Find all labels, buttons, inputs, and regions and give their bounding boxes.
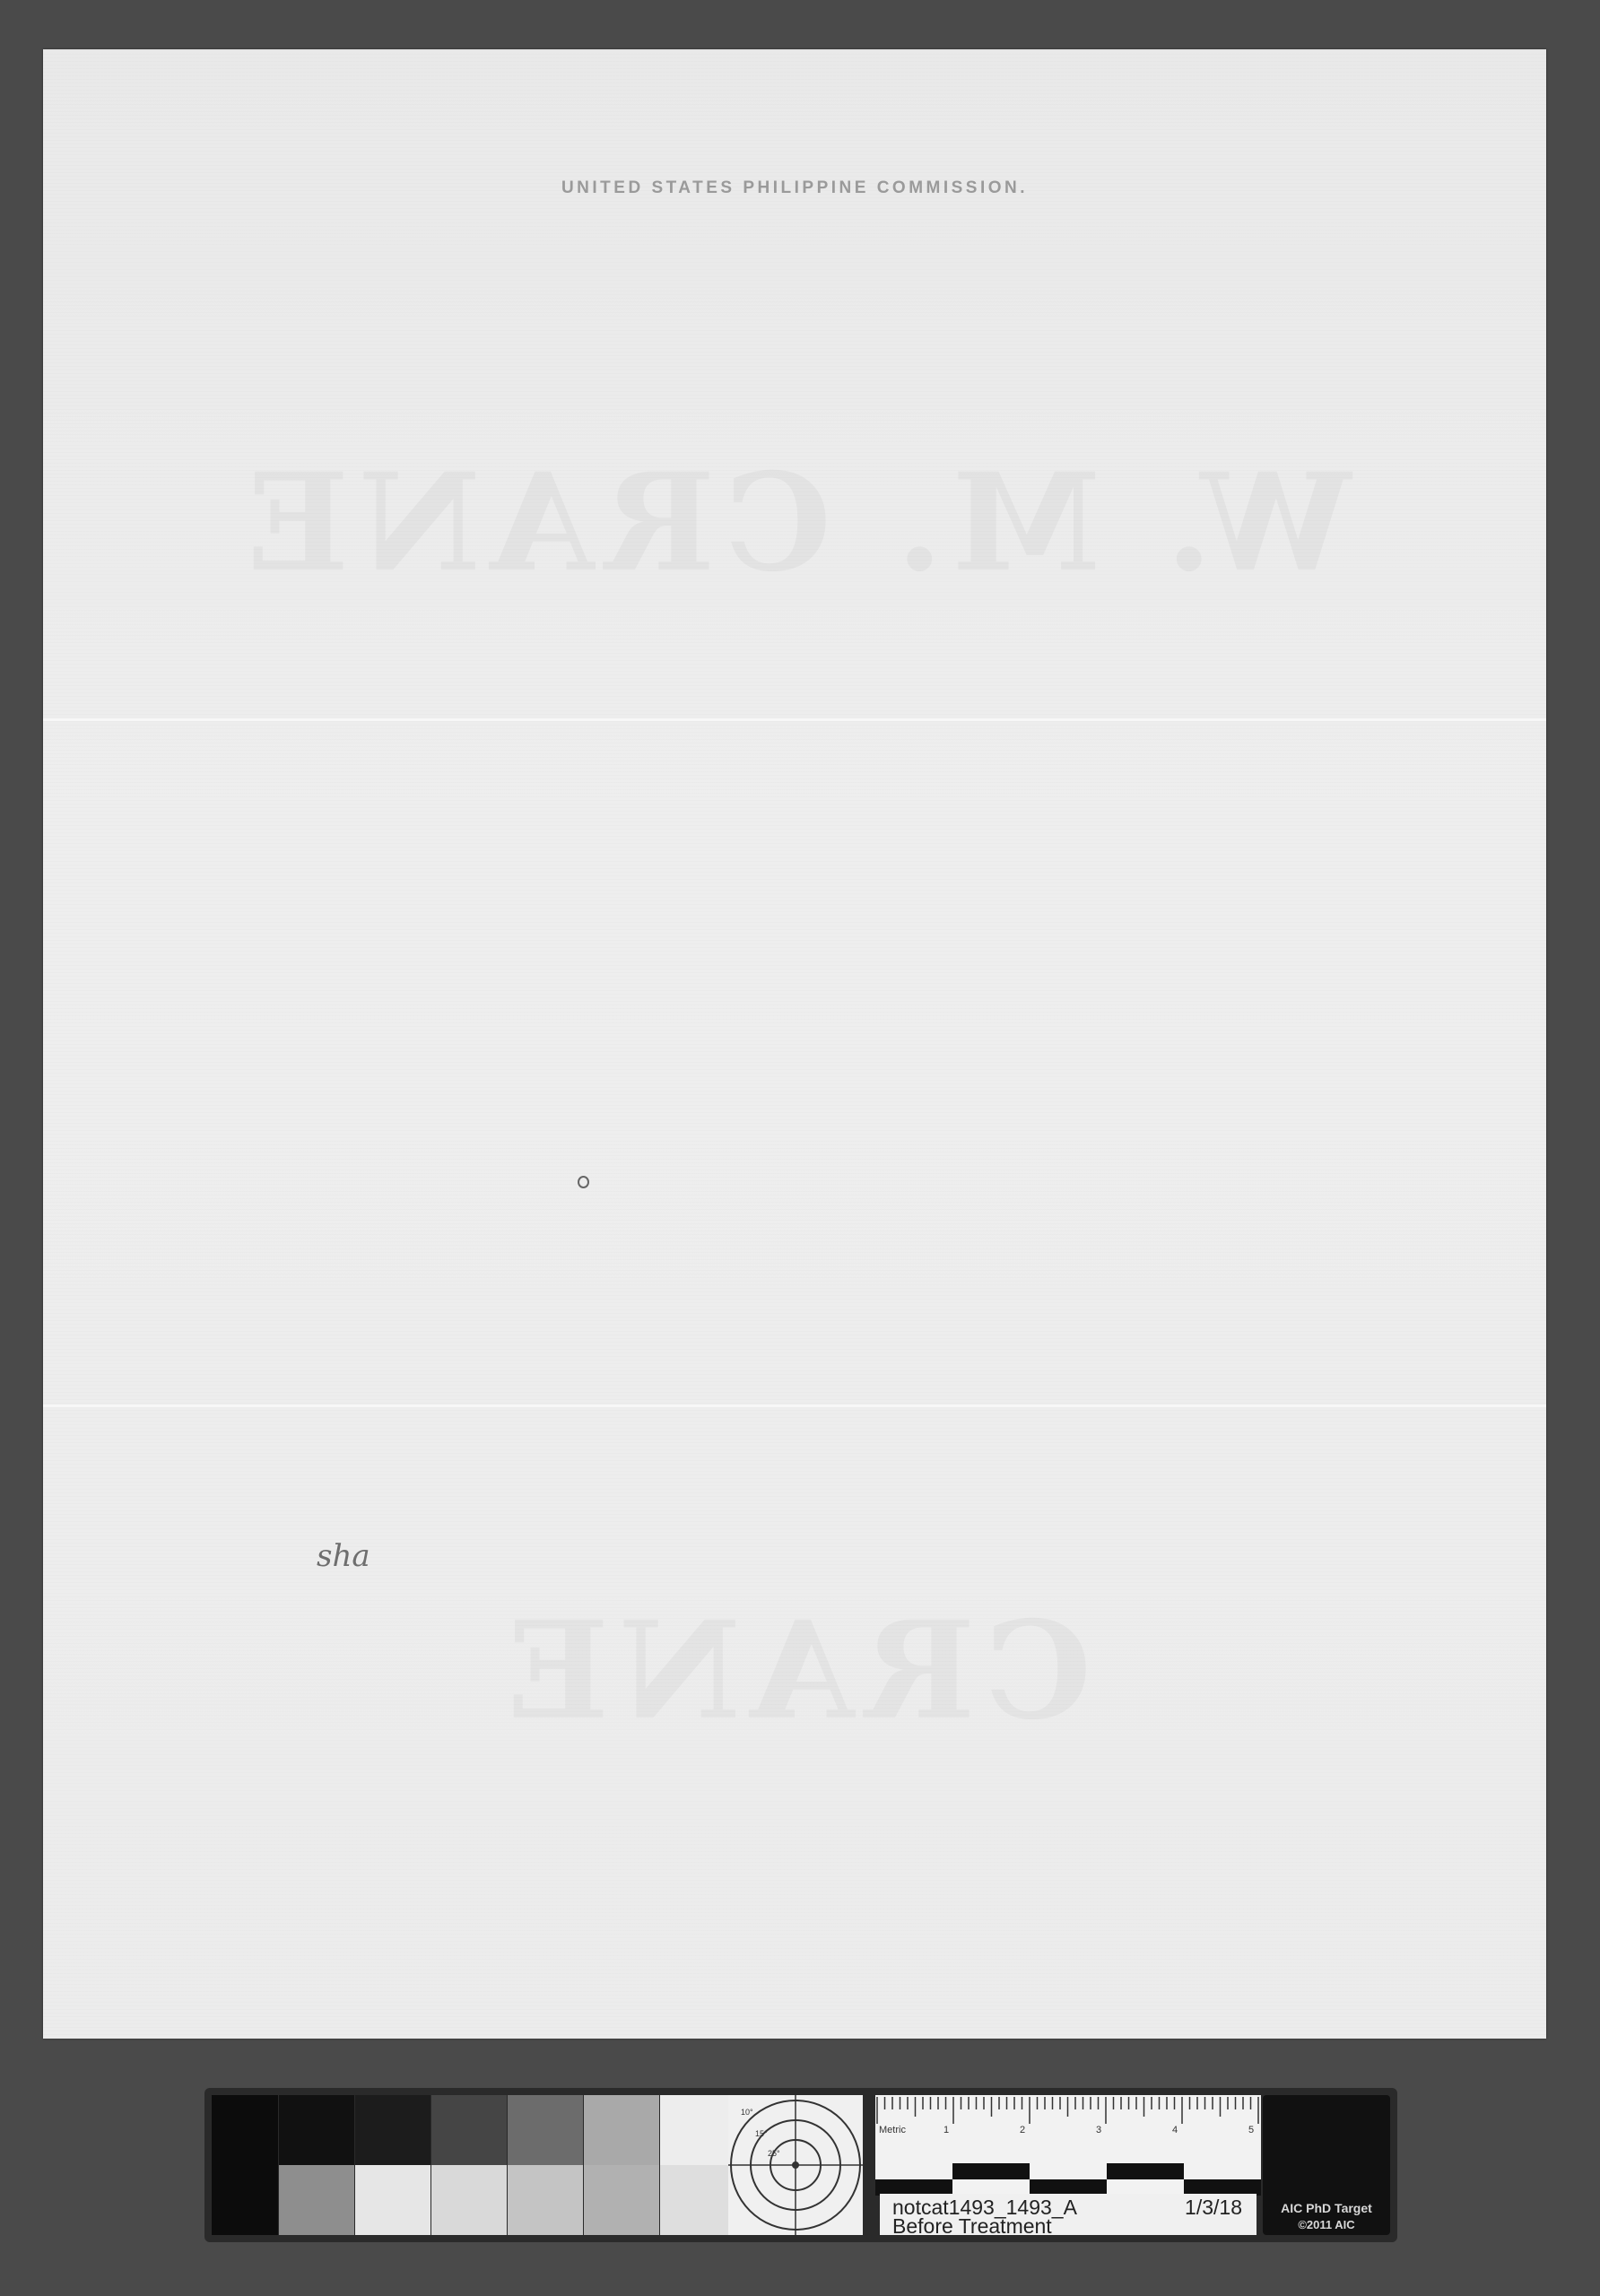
fold-line: [43, 1404, 1546, 1407]
metric-ruler: Metric 12345: [875, 2095, 1261, 2170]
ruler-number: 4: [1172, 2125, 1178, 2135]
letterhead: UNITED STATES PHILIPPINE COMMISSION.: [43, 178, 1546, 198]
show-through-text: CRANE: [43, 1592, 1546, 1750]
gray-swatch: [508, 2095, 583, 2165]
svg-text:15°: 15°: [755, 2129, 768, 2138]
handwritten-note: sha: [317, 1538, 370, 1574]
gray-swatch: [431, 2095, 507, 2165]
scale-bar: [1184, 2163, 1261, 2179]
fold-line: [43, 717, 1546, 721]
scale-bar: [1030, 2163, 1107, 2179]
brand-copyright: ©2011 AIC: [1263, 2218, 1390, 2231]
ruler-number: 2: [1020, 2125, 1025, 2135]
gray-swatch: [508, 2165, 583, 2235]
show-through-text: W. M. CRANE: [43, 444, 1546, 602]
gray-swatch: [584, 2095, 659, 2165]
svg-text:10°: 10°: [741, 2108, 753, 2117]
gray-swatch: [660, 2095, 735, 2165]
gray-swatches: [212, 2095, 727, 2235]
gray-swatch: [279, 2165, 354, 2235]
focus-target-icon: 10° 15° 25°: [728, 2095, 863, 2235]
object-label: notcat1493_1493_A 1/3/18 Before Treatmen…: [880, 2194, 1257, 2235]
ruler-number: 1: [943, 2125, 949, 2135]
scale-bar: [1107, 2163, 1184, 2179]
gray-swatch: [355, 2165, 430, 2235]
ruler-bars: [875, 2163, 1261, 2196]
gray-swatch: [279, 2095, 354, 2165]
ruler-number: 5: [1248, 2125, 1254, 2135]
gray-swatch: [212, 2095, 278, 2165]
gray-swatch: [212, 2165, 278, 2235]
gray-swatch: [660, 2165, 735, 2235]
gray-swatch: [431, 2165, 507, 2235]
target-brand: AIC PhD Target ©2011 AIC: [1263, 2095, 1390, 2235]
gray-swatch: [584, 2165, 659, 2235]
gray-swatch: [355, 2095, 430, 2165]
brand-title: AIC PhD Target: [1263, 2201, 1390, 2215]
scale-bar: [952, 2163, 1030, 2179]
ruler-number: 3: [1096, 2125, 1101, 2135]
treatment-status: Before Treatment: [892, 2214, 1052, 2239]
focus-target: 10° 15° 25°: [728, 2095, 863, 2235]
document-sheet: UNITED STATES PHILIPPINE COMMISSION. W. …: [43, 49, 1546, 2039]
object-date: 1/3/18: [1185, 2196, 1242, 2220]
svg-text:25°: 25°: [768, 2149, 780, 2158]
ink-mark: [578, 1176, 589, 1188]
scale-bar: [875, 2163, 952, 2179]
color-target-card: 10° 15° 25° Metric 12345 notcat1493_1493…: [204, 2088, 1397, 2242]
